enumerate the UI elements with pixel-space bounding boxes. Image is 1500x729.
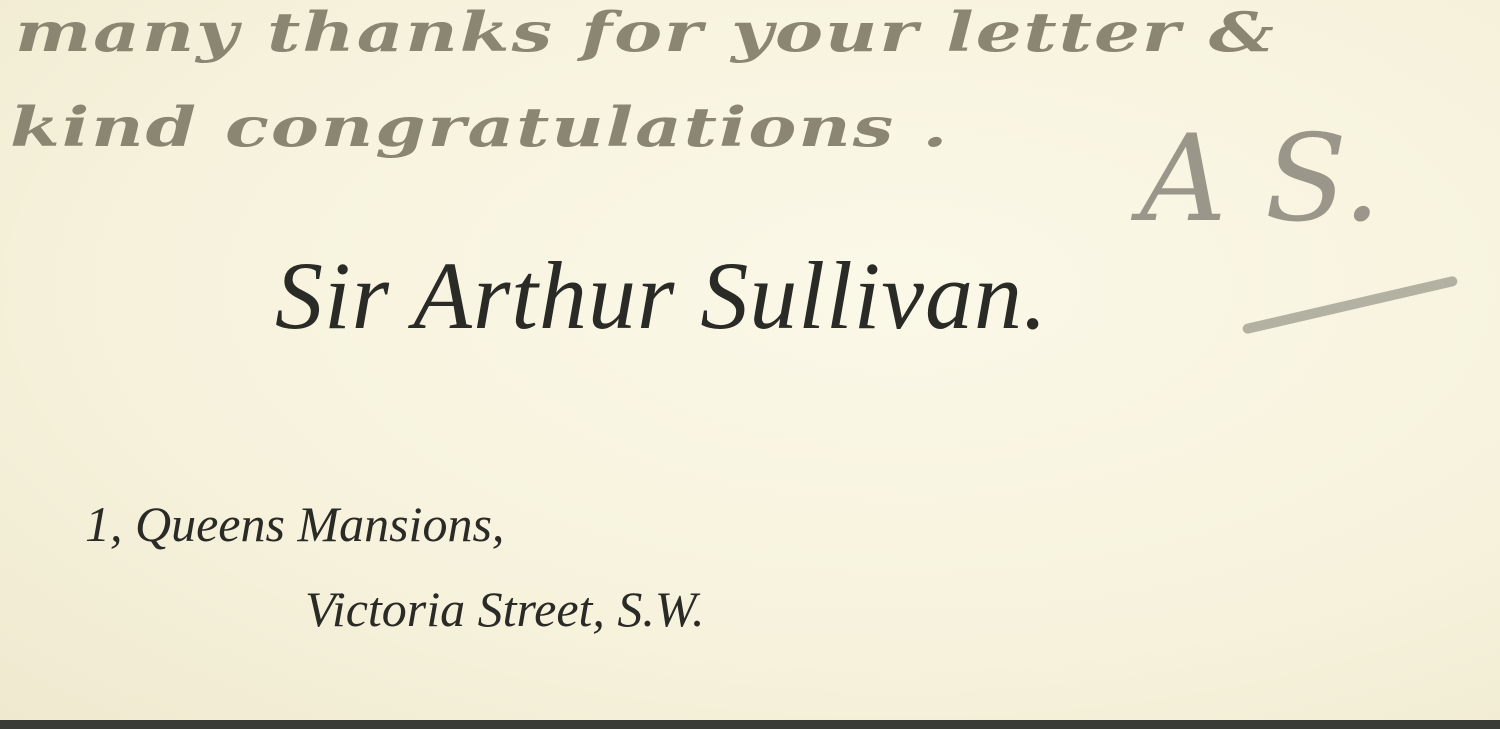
handwritten-initials: A S. <box>1140 110 1381 249</box>
address-line-1: 1, Queens Mansions, <box>85 495 504 553</box>
handwritten-note-line-2: kind congratulations . <box>10 95 949 159</box>
engraved-name: Sir Arthur Sullivan. <box>275 240 1048 351</box>
scan-bottom-edge <box>0 720 1500 729</box>
address-line-2: Victoria Street, S.W. <box>305 580 705 638</box>
pen-flourish <box>1242 275 1459 334</box>
calling-card: many thanks for your letter & kind congr… <box>0 0 1500 720</box>
handwritten-note-line-1: many thanks for your letter & <box>15 0 1276 64</box>
